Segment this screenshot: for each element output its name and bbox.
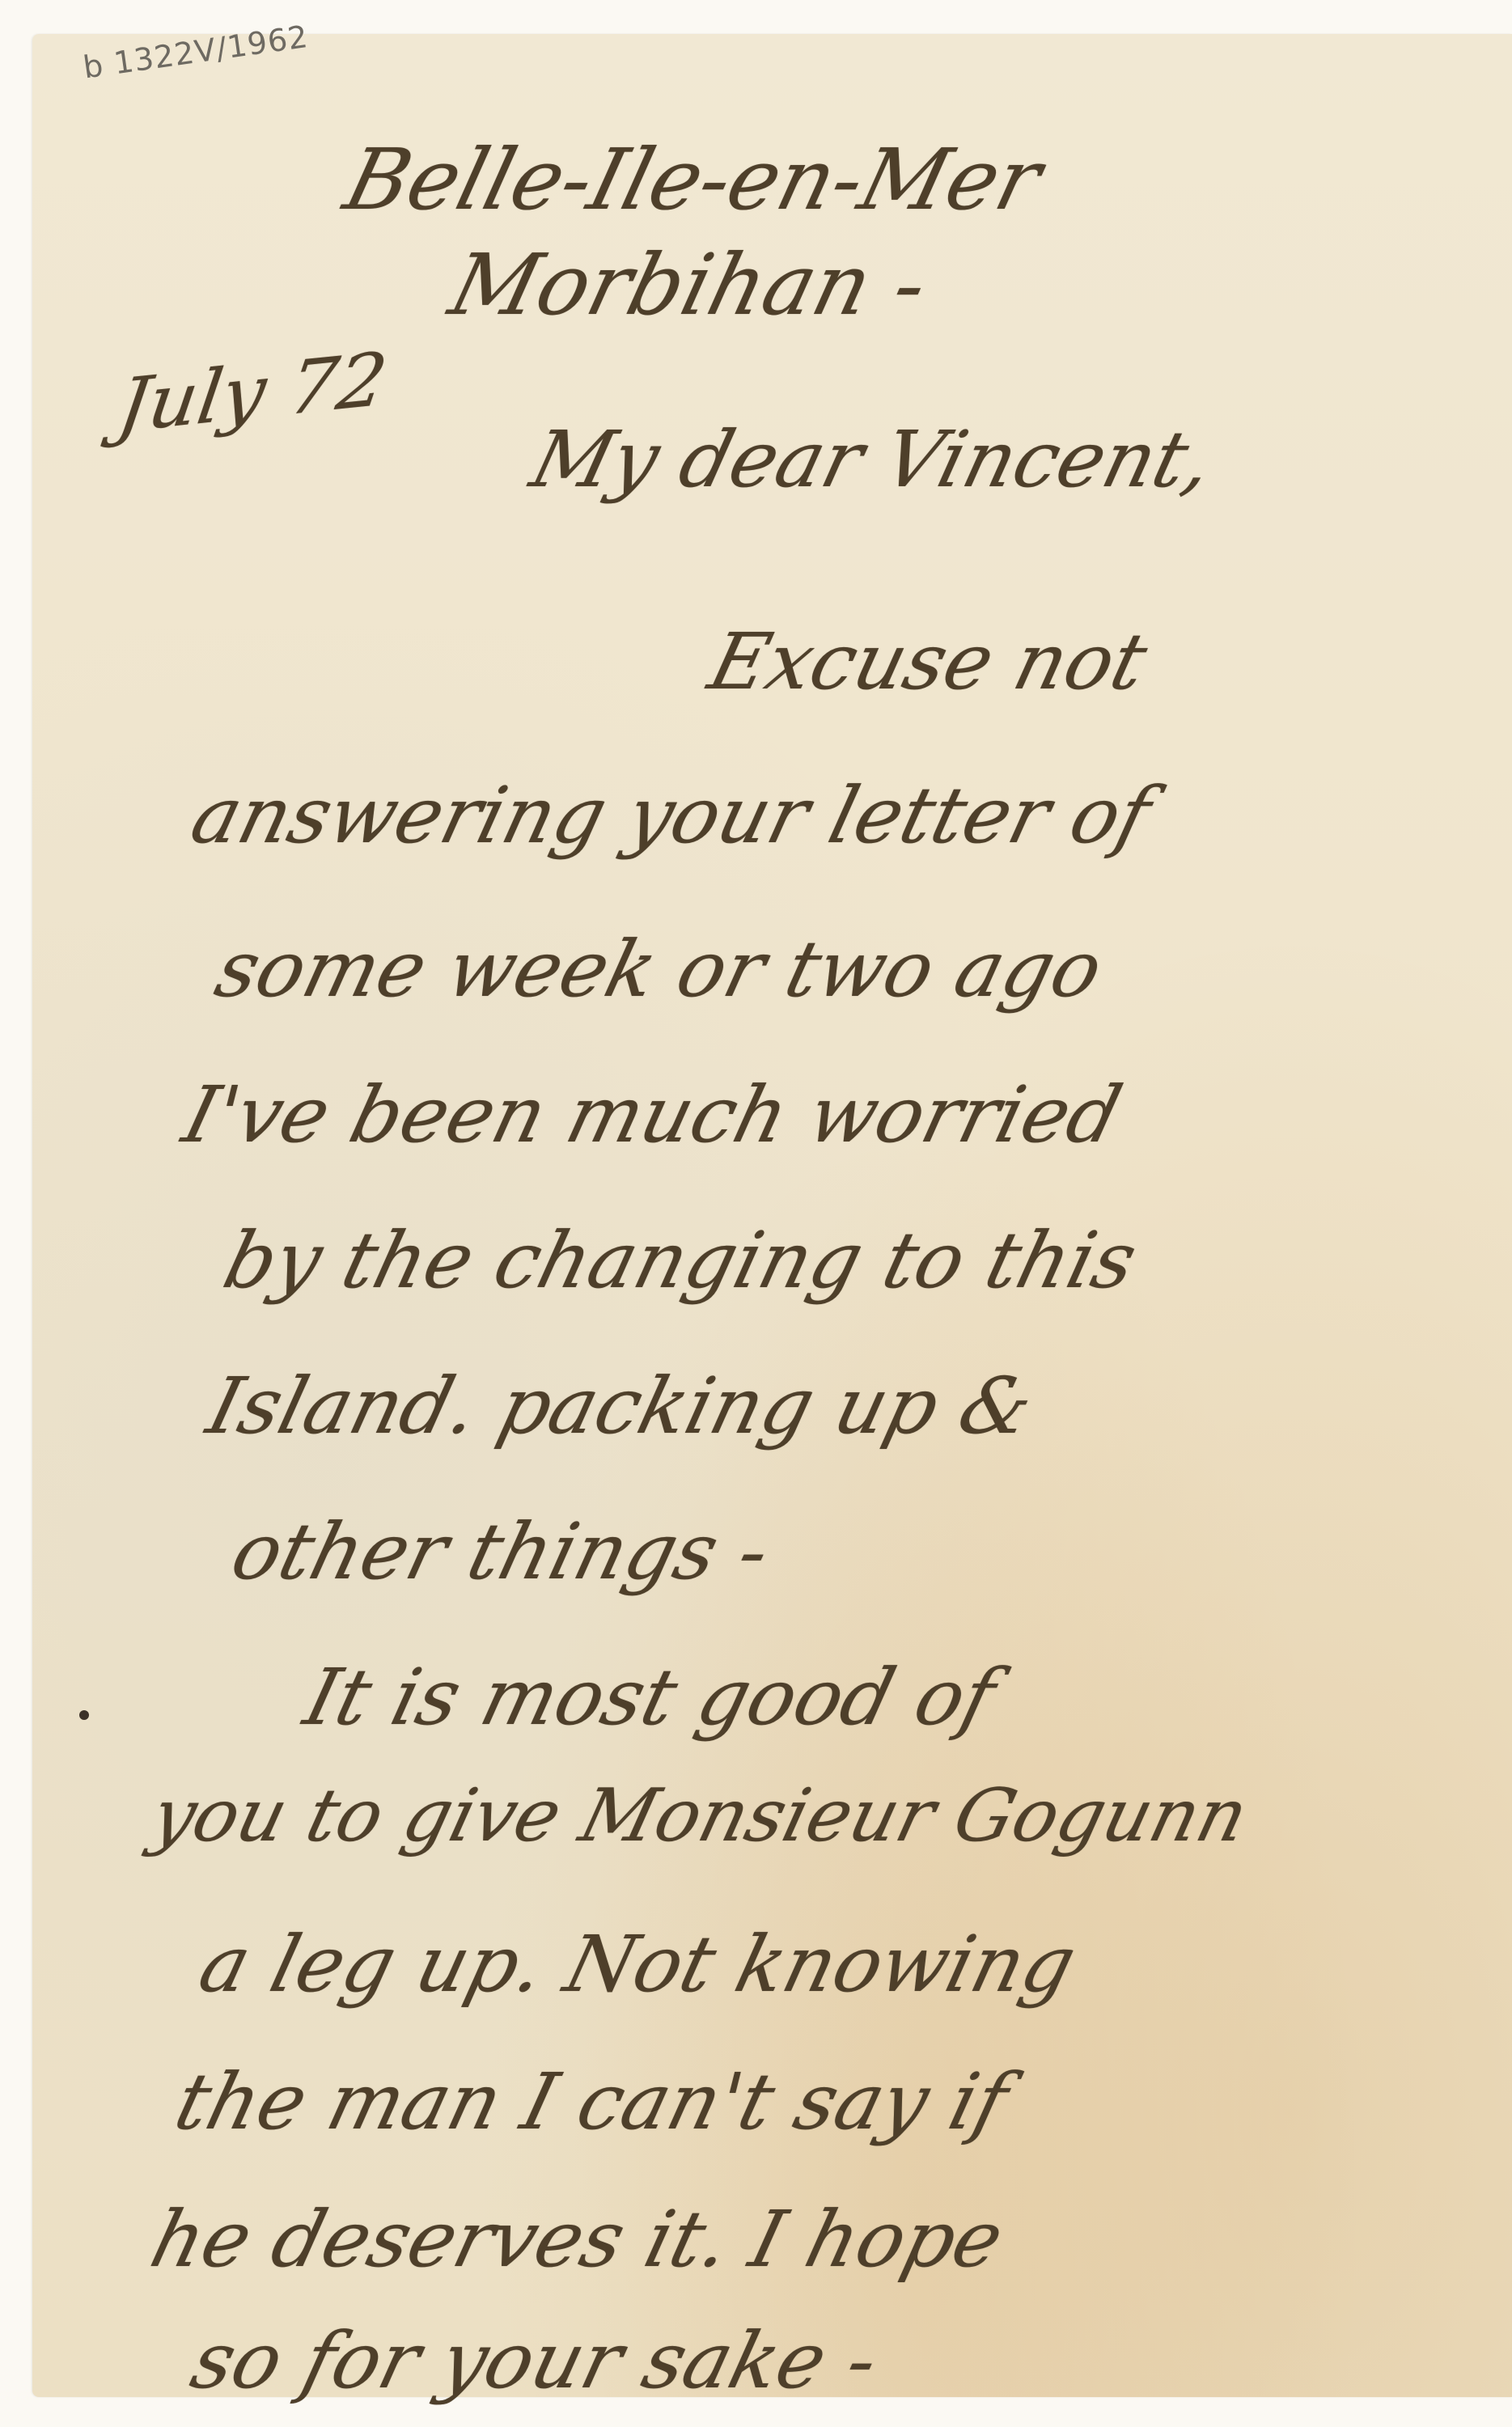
body-line-12: he deserves it. I hope xyxy=(144,2200,1010,2278)
salutation: My dear Vincent, xyxy=(524,421,1221,498)
body-line-8: It is most good of xyxy=(298,1658,1002,1736)
body-line-2: answering your letter of xyxy=(184,777,1158,854)
place-line-1: Belle-Ile-en-Mer xyxy=(337,138,1049,222)
body-line-7: other things - xyxy=(225,1513,777,1590)
body-line-4: I've been much worried xyxy=(176,1076,1129,1154)
body-line-6: Island. packing up & xyxy=(201,1367,1040,1445)
body-line-10: a leg up. Not knowing xyxy=(193,1925,1082,2003)
body-line-9: you to give Monsieur Gogunn xyxy=(145,1780,1255,1853)
body-line-13: so for your sake - xyxy=(184,2322,885,2399)
body-line-11: the man I can't say if xyxy=(168,2063,1015,2141)
ink-dot xyxy=(79,1710,89,1720)
body-line-5: by the changing to this xyxy=(217,1222,1144,1299)
place-line-2: Morbihan - xyxy=(443,243,935,327)
body-line-1: Excuse not xyxy=(702,623,1154,701)
body-line-3: some week or two ago xyxy=(209,930,1110,1008)
